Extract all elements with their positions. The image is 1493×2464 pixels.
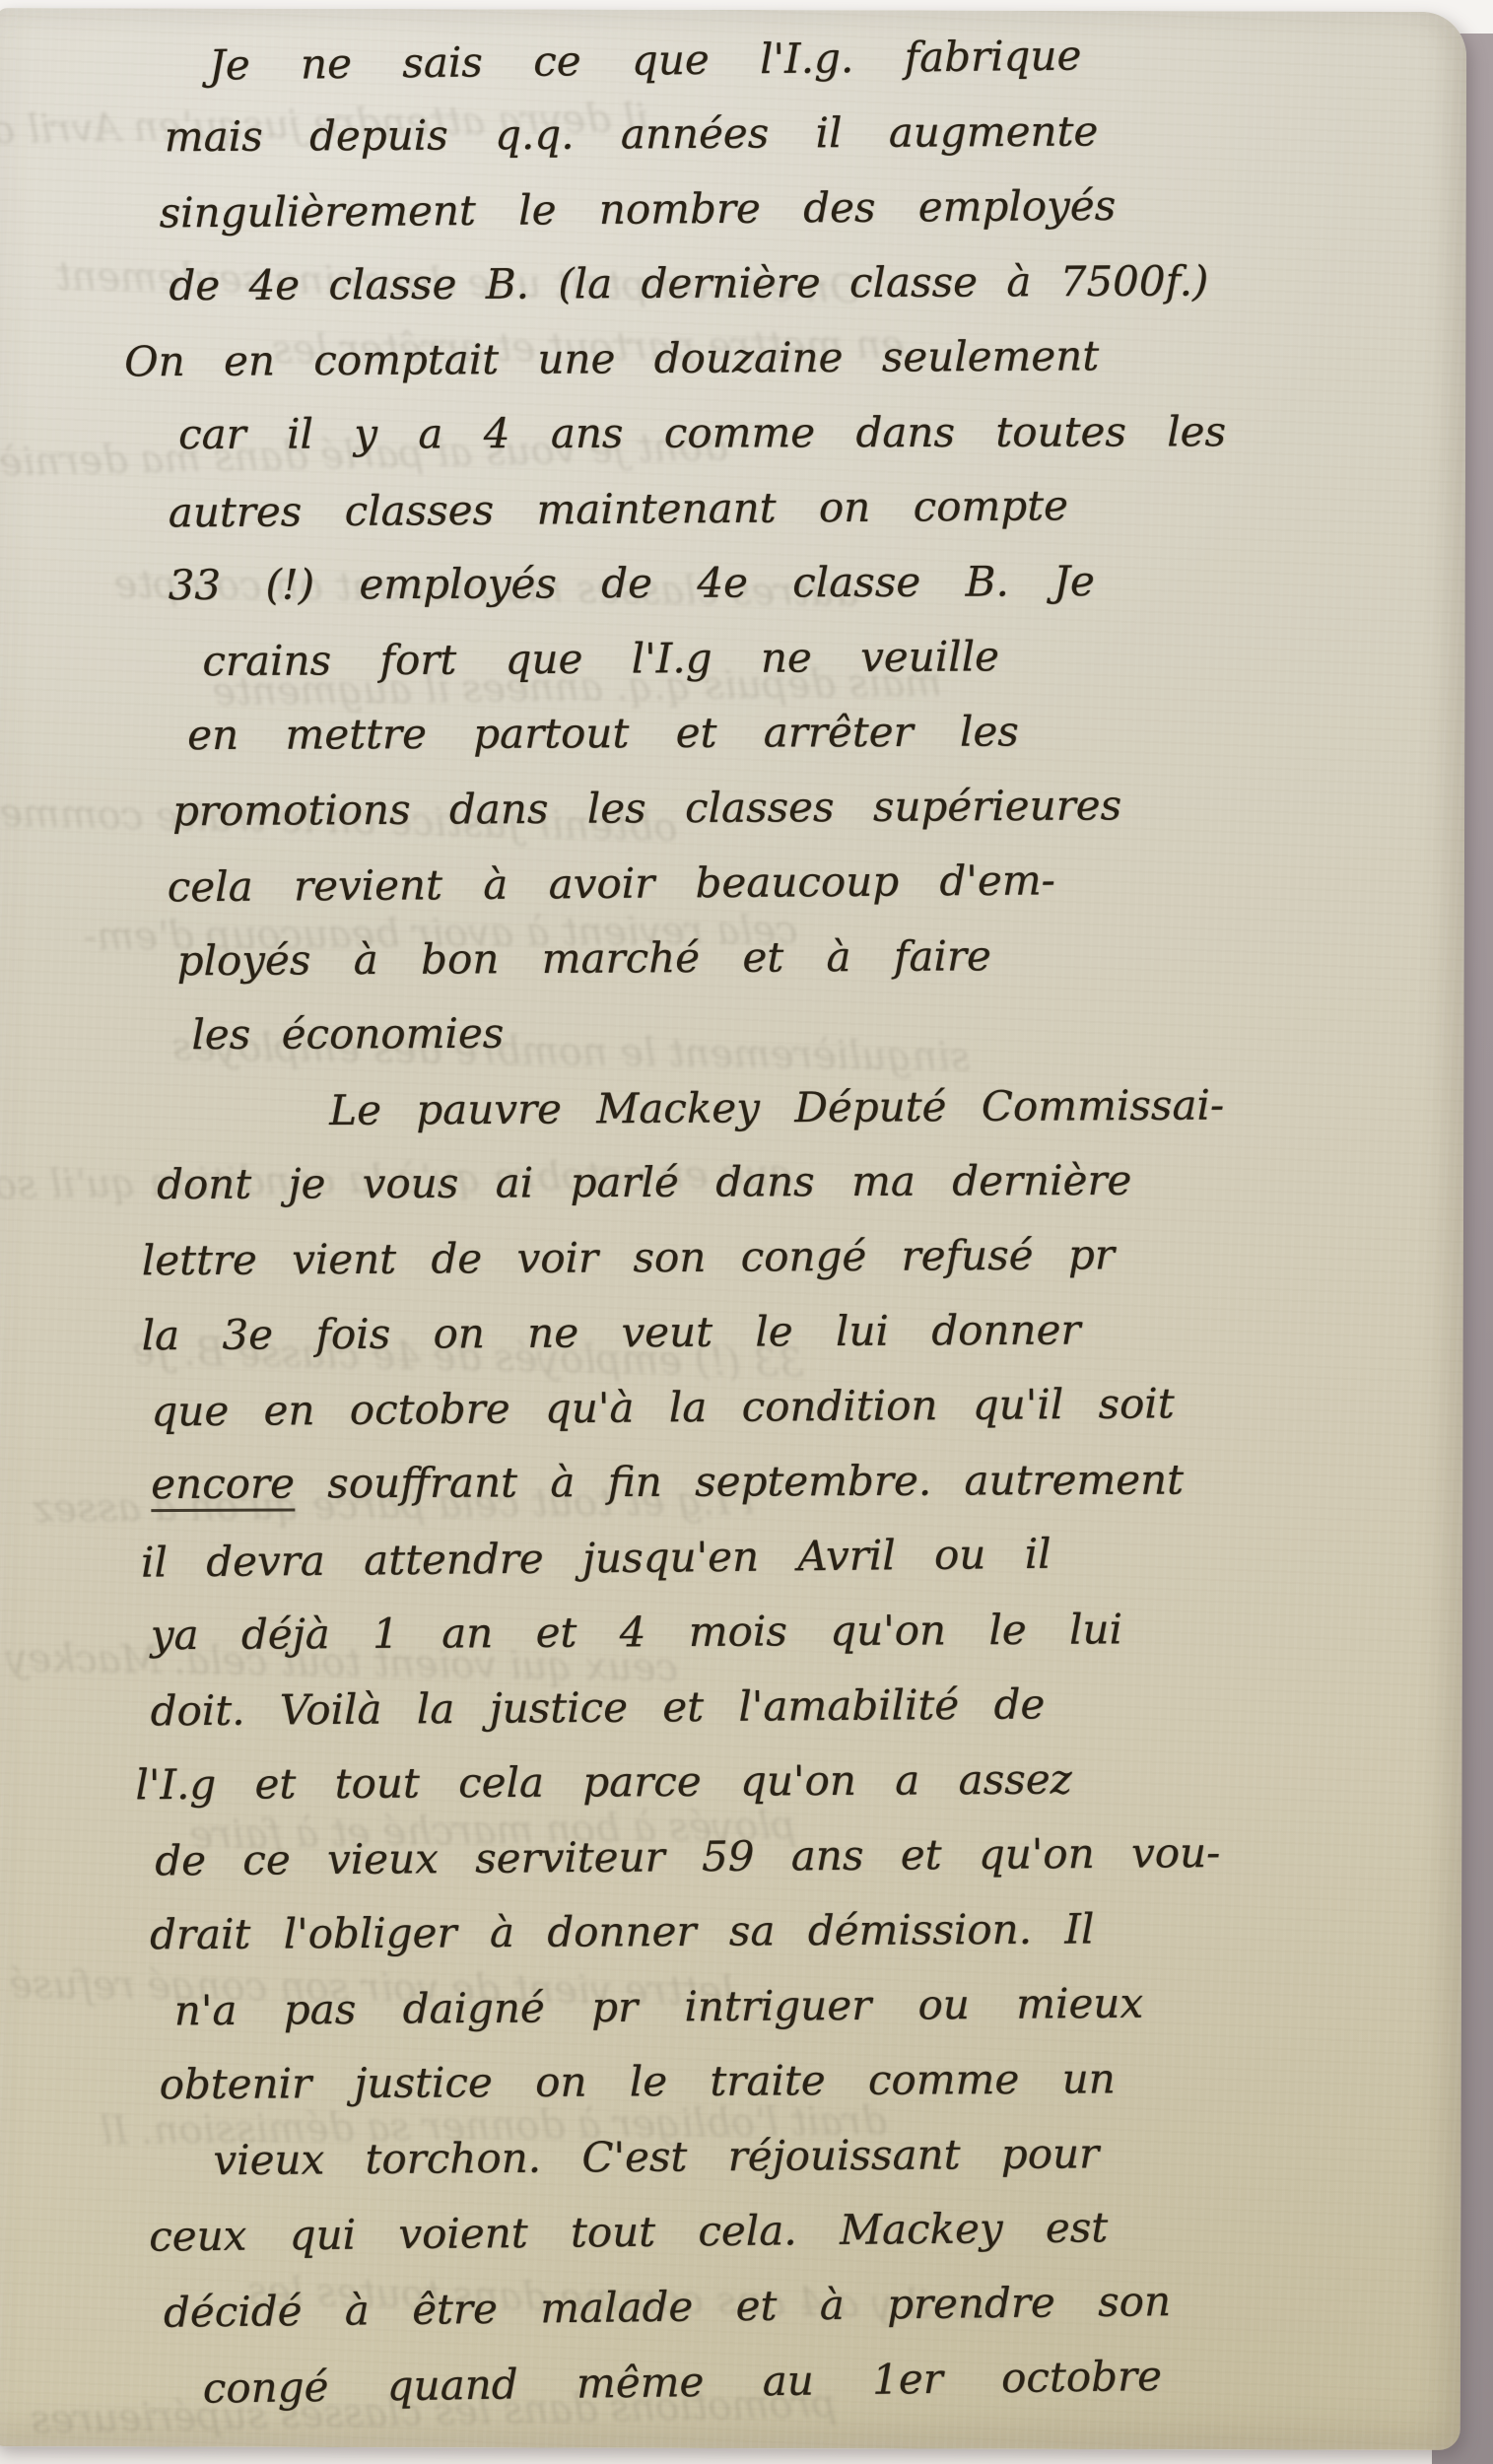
handwritten-line: On en comptait une douzaine seulement bbox=[124, 329, 1465, 412]
handwritten-line: obtenir justice on le traite comme un bbox=[159, 2052, 1460, 2135]
handwritten-line: doit. Voilà la justice et l'amabilité de bbox=[150, 1677, 1462, 1761]
handwritten-line: en mettre partout et arrêter les bbox=[187, 705, 1464, 786]
handwritten-line: congé quand même au 1er octobre bbox=[202, 2348, 1460, 2439]
handwritten-line: car il y a 4 ans comme dans toutes les bbox=[178, 407, 1465, 485]
handwritten-line: que en octobre qu'à la condition qu'il s… bbox=[151, 1377, 1463, 1462]
handwritten-line: il devra attendre jusqu'en Avril ou il bbox=[141, 1526, 1463, 1613]
handwritten-line: autres classes maintenant on compte bbox=[169, 478, 1466, 563]
handwritten-line: encore souffrant à fin septembre. autrem… bbox=[151, 1454, 1462, 1535]
handwritten-line: l'I.g et tout cela parce qu'on a assez bbox=[135, 1752, 1461, 1835]
handwritten-line: crains fort que l'I.g ne veuille bbox=[202, 629, 1464, 712]
handwritten-line: les économies bbox=[191, 1004, 1463, 1085]
handwritten-line: drait l'obliger à donner sa démission. I… bbox=[150, 1902, 1461, 1985]
handwritten-line: ployés à bon marché et à faire bbox=[176, 928, 1463, 1011]
handwritten-line: de ce vieux serviteur 59 ans et qu'on vo… bbox=[155, 1826, 1462, 1911]
handwritten-line: ceux qui voient tout cela. Mackey est bbox=[149, 2200, 1461, 2288]
handwritten-line: 33 (!) employés de 4e classe B. Je bbox=[169, 555, 1465, 636]
handwritten-line: dont je vous ai parlé dans ma dernière bbox=[157, 1154, 1463, 1235]
handwritten-line: singulièrement le nombre des employés bbox=[159, 178, 1466, 263]
handwritten-line: n'a pas daigné pr intriguer ou mieux bbox=[174, 1976, 1462, 2061]
handwritten-line: mais depuis q.q. années il augmente bbox=[165, 104, 1466, 187]
handwritten-line: promotions dans les classes supérieures bbox=[172, 779, 1464, 861]
handwritten-line: lettre vient de voir son congé refusé pr bbox=[142, 1228, 1463, 1311]
handwritten-line: la 3e fois on ne veut le lui donner bbox=[141, 1303, 1462, 1386]
handwritten-line: Le pauvre Mackey Député Commissai- bbox=[329, 1079, 1463, 1161]
handwritten-line: cela revient à avoir beaucoup d'em- bbox=[168, 853, 1465, 937]
handwritten-line: Je ne sais ce que l'I.g. fabrique bbox=[209, 27, 1467, 115]
handwritten-line: ya déjà 1 an et 4 mois qu'on le lui bbox=[151, 1603, 1462, 1685]
underlined-word: encore bbox=[151, 1459, 295, 1512]
letter-body: Je ne sais ce que l'I.g. fabriquemais de… bbox=[0, 8, 1466, 2450]
handwritten-line: de 4e classe B. (la dernière classe à 75… bbox=[169, 255, 1465, 336]
handwritten-line: vieux torchon. C'est réjouissant pour bbox=[213, 2126, 1461, 2211]
letter-page: il devra attendre jusqu'en Avril ou ilOn… bbox=[0, 8, 1466, 2450]
